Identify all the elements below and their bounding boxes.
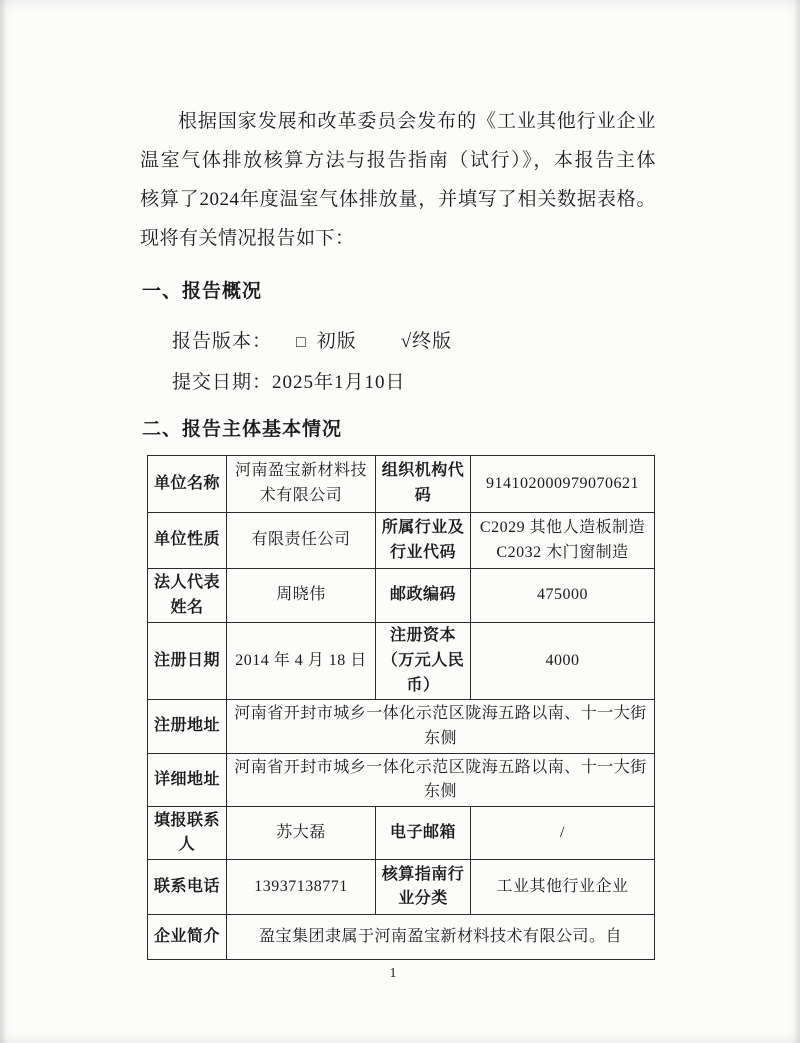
table-row: 注册地址 河南省开封市城乡一体化示范区陇海五路以南、十一大街东侧 [148,700,655,754]
page-number: 1 [0,966,786,982]
table-row: 详细地址 河南省开封市城乡一体化示范区陇海五路以南、十一大街东侧 [148,754,655,807]
section-overview-heading: 一、报告概况 [142,276,262,303]
intro-line-1: 根据国家发展和改革委员会发布的《工业其他行业企业 [140,102,656,141]
detail-address-label: 详细地址 [148,754,227,807]
detail-address-value: 河南省开封市城乡一体化示范区陇海五路以南、十一大街东侧 [227,754,655,807]
phone-value: 13937138771 [227,860,376,915]
intro-line-3: 核算了2024年度温室气体排放量，并填写了相关数据表格。 [140,180,656,219]
intro-line-4: 现将有关情况报告如下： [140,219,656,258]
document-page: 根据国家发展和改革委员会发布的《工业其他行业企业 温室气体排放核算方法与报告指南… [0,0,800,1043]
company-profile-value: 盈宝集团隶属于河南盈宝新材料技术有限公司。自 [227,915,655,960]
postal-code-label: 邮政编码 [376,569,471,623]
register-date-label: 注册日期 [148,623,227,700]
org-code-label: 组织机构代码 [376,456,471,513]
unit-type-label: 单位性质 [148,513,227,569]
legal-rep-value: 周晓伟 [227,569,376,623]
guide-category-label: 核算指南行业分类 [376,860,471,915]
legal-rep-label: 法人代表姓名 [148,569,227,623]
table-row: 注册日期 2014 年 4 月 18 日 注册资本（万元人民币） 4000 [148,623,655,700]
email-label: 电子邮箱 [376,807,471,860]
report-version-label: 报告版本： [172,331,272,352]
submit-date-line: 提交日期：2025年1月10日 [172,367,406,394]
register-address-label: 注册地址 [148,700,227,754]
email-value: / [471,807,655,860]
table-row: 填报联系人 苏大磊 电子邮箱 / [148,807,655,860]
entity-info-table: 单位名称 河南盈宝新材料技术有限公司 组织机构代码 91410200097907… [147,455,655,960]
intro-line-2: 温室气体排放核算方法与报告指南（试行）》，本报告主体 [140,141,656,180]
check-mark-icon: √ [401,331,412,352]
final-version-option-label: 终版 [412,331,452,352]
report-version-line: 报告版本：□初版√终版 [172,326,452,353]
initial-version-option-label: 初版 [317,331,357,352]
register-date-value: 2014 年 4 月 18 日 [227,623,376,700]
contact-person-value: 苏大磊 [227,807,376,860]
register-capital-label: 注册资本（万元人民币） [376,623,471,700]
table-row: 联系电话 13937138771 核算指南行业分类 工业其他行业企业 [148,860,655,915]
table-row: 企业简介 盈宝集团隶属于河南盈宝新材料技术有限公司。自 [148,915,655,960]
postal-code-value: 475000 [471,569,655,623]
industry-code-label: 所属行业及行业代码 [376,513,471,569]
table-row: 法人代表姓名 周晓伟 邮政编码 475000 [148,569,655,623]
unit-type-value: 有限责任公司 [227,513,376,569]
org-code-value: 914102000979070621 [471,456,655,513]
final-version-option: √终版 [401,331,452,352]
table-row: 单位名称 河南盈宝新材料技术有限公司 组织机构代码 91410200097907… [148,456,655,513]
phone-label: 联系电话 [148,860,227,915]
contact-person-label: 填报联系人 [148,807,227,860]
section-entity-heading: 二、报告主体基本情况 [142,414,342,441]
unit-name-value: 河南盈宝新材料技术有限公司 [227,456,376,513]
guide-category-value: 工业其他行业企业 [471,860,655,915]
table-row: 单位性质 有限责任公司 所属行业及行业代码 C2029 其他人造板制造 C203… [148,513,655,569]
company-profile-label: 企业简介 [148,915,227,960]
intro-paragraph: 根据国家发展和改革委员会发布的《工业其他行业企业 温室气体排放核算方法与报告指南… [140,102,656,258]
unchecked-checkbox-icon: □ [296,334,307,351]
register-capital-value: 4000 [471,623,655,700]
register-address-value: 河南省开封市城乡一体化示范区陇海五路以南、十一大街东侧 [227,700,655,754]
initial-version-option: □初版 [296,331,357,352]
industry-code-value: C2029 其他人造板制造 C2032 木门窗制造 [471,513,655,569]
unit-name-label: 单位名称 [148,456,227,513]
